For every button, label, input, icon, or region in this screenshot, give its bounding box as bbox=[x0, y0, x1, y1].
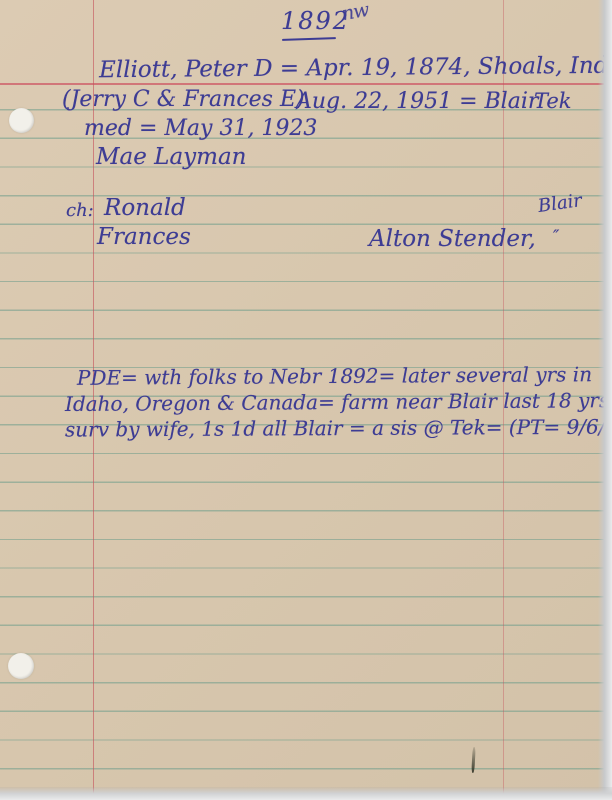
entry-name-birth-line: Elliott, Peter D = Apr. 19, 1874, Shoals… bbox=[99, 54, 609, 84]
scanned-notebook-page: 1892 nw Elliott, Peter D = Apr. 19, 1874… bbox=[0, 0, 612, 800]
entry-death-date-place: Aug. 22, 1951 = Blair bbox=[296, 90, 538, 114]
children-label: ch: bbox=[66, 201, 94, 221]
entry-place-abbrev: Tek bbox=[534, 90, 572, 113]
red-margin-line-horizontal bbox=[0, 83, 612, 85]
child-spouse-name: Alton Stender, bbox=[369, 227, 536, 252]
child-name-ronald: Ronald bbox=[104, 196, 186, 221]
biography-line-3: surv by wife, 1s 1d all Blair = a sis @ … bbox=[65, 415, 612, 440]
heading-underline bbox=[282, 37, 336, 41]
biography-line-1: PDE= wth folks to Nebr 1892= later sever… bbox=[77, 363, 592, 389]
child-name-frances: Frances bbox=[97, 225, 191, 250]
entry-marriage-date: med = May 31, 1923 bbox=[84, 117, 317, 141]
entry-spouse-name: Mae Layman bbox=[96, 145, 247, 170]
punch-hole-top bbox=[9, 108, 34, 133]
heading-scribble: nw bbox=[340, 0, 370, 25]
entry-parents: (Jerry C & Frances E) bbox=[62, 88, 305, 112]
heading-year: 1892 bbox=[281, 8, 350, 34]
scan-edge-bottom bbox=[0, 787, 612, 800]
punch-hole-bottom bbox=[8, 653, 34, 679]
ditto-mark: ″ bbox=[553, 228, 559, 247]
scan-edge-right bbox=[598, 0, 612, 800]
biography-line-2: Idaho, Oregon & Canada= farm near Blair … bbox=[65, 389, 612, 415]
